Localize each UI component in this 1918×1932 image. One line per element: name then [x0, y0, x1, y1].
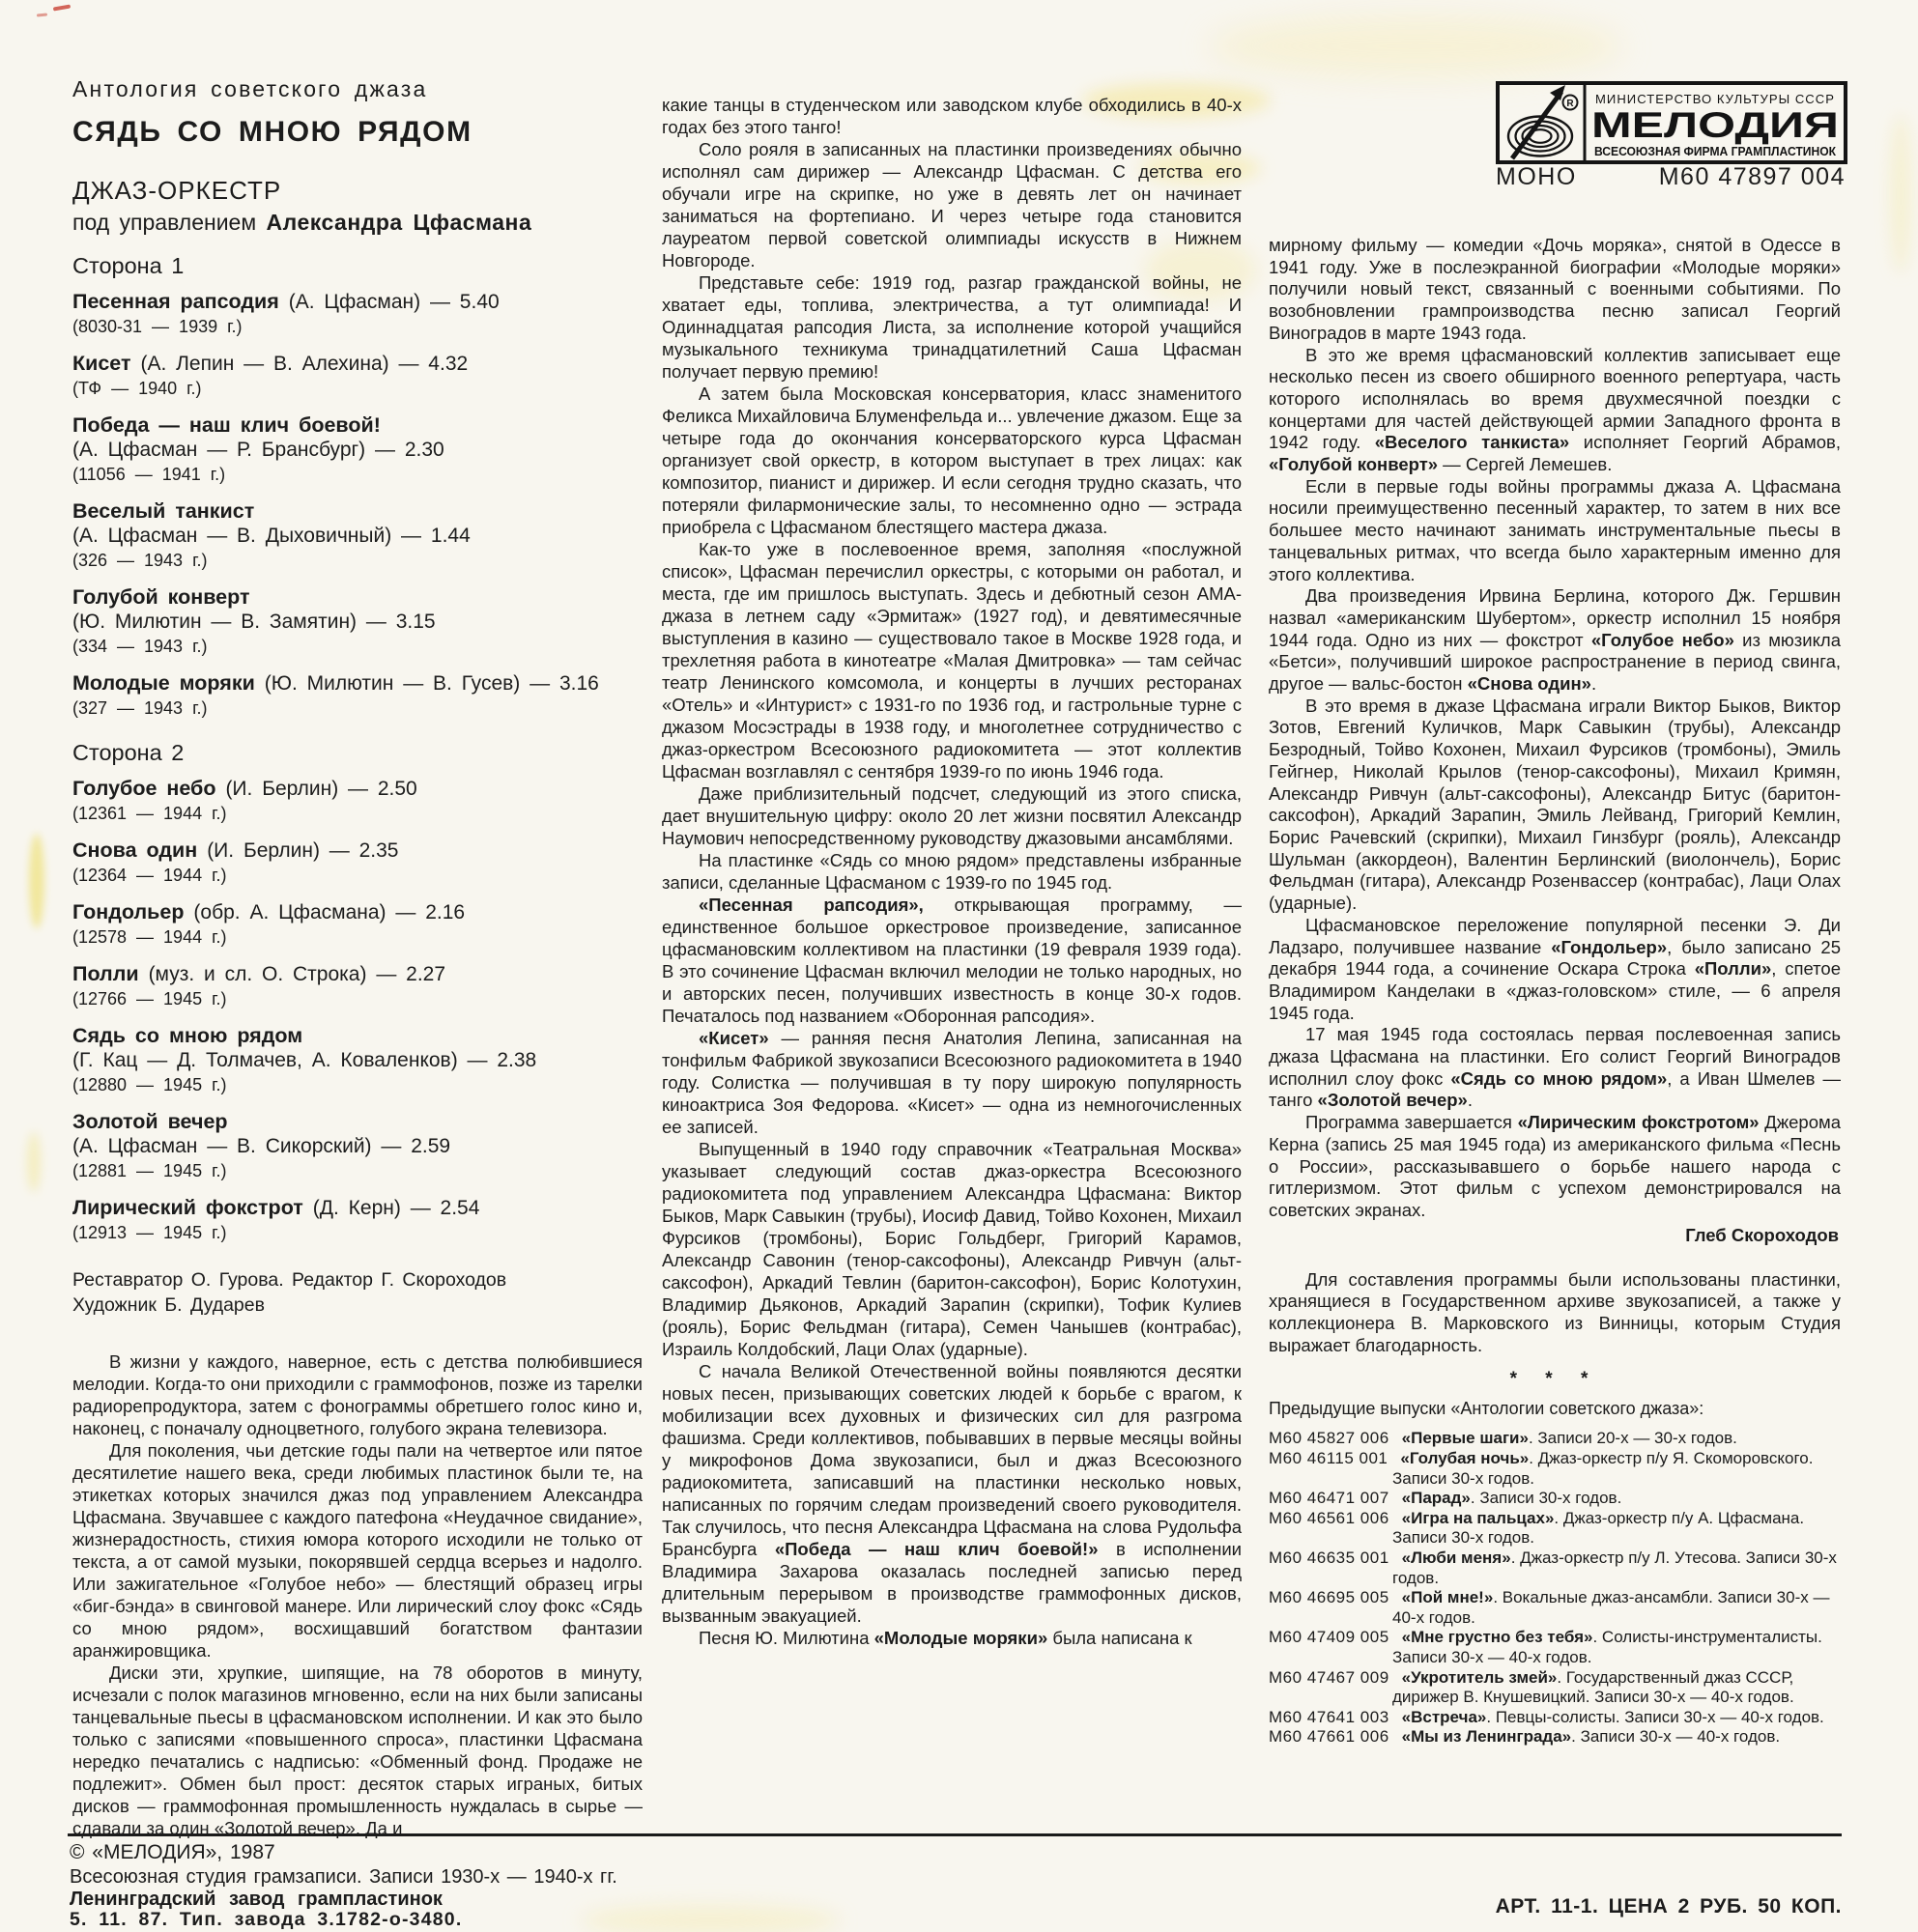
track-credits-duration: (А. Цфасман — В. Дыховичный) — 1.44	[72, 524, 643, 549]
footer-rule	[68, 1833, 1842, 1836]
discography-list: М60 45827 006«Первые шаги». Записи 20-х …	[1269, 1429, 1841, 1747]
imprint-block: © «МЕЛОДИЯ», 1987 Всесоюзная студия грам…	[70, 1840, 617, 1930]
discography-item: М60 47409 005«Мне грустно без тебя». Сол…	[1269, 1628, 1841, 1667]
registered-mark: R	[1566, 99, 1574, 109]
release-catalog-number: М60 45827 006	[1269, 1429, 1402, 1447]
track-credits-duration: (А. Лепин — В. Алехина) — 4.32	[140, 353, 468, 375]
scan-artifact-yellow	[27, 1132, 41, 1192]
track-item: Песенная рапсодия (А. Цфасман) — 5.40(80…	[72, 289, 643, 338]
track-matrix-year: (8030-31 — 1939 г.)	[72, 316, 643, 338]
track-item: Полли (муз. и сл. О. Строка) — 2.27(1276…	[72, 961, 643, 1010]
release-catalog-number: М60 46695 005	[1269, 1588, 1402, 1606]
track-matrix-year: (12766 — 1945 г.)	[72, 988, 643, 1010]
track-title: Сядь со мною рядом	[72, 1024, 302, 1047]
side2-tracklist: Голубое небо (И. Берлин) — 2.50(12361 — …	[72, 776, 643, 1244]
track-item: Снова один (И. Берлин) — 2.35(12364 — 19…	[72, 838, 643, 887]
acknowledgement: Для составления программы были использов…	[1269, 1269, 1841, 1357]
mono-label: МОНО	[1496, 163, 1577, 191]
paragraph: Если в первые годы войны программы джаза…	[1269, 476, 1841, 586]
paragraph: В жизни у каждого, наверное, есть с детс…	[72, 1350, 643, 1439]
right-column: мирному фильму — комедии «Дочь моряка», …	[1269, 235, 1841, 1747]
left-column: Антология советского джаза СЯДЬ СО МНОЮ …	[72, 77, 643, 1839]
track-title: Гондольер	[72, 900, 193, 923]
discography-item: М60 47661 006«Мы из Ленинграда». Записи …	[1269, 1727, 1841, 1747]
paragraph: На пластинке «Сядь со мною рядом» предст…	[662, 849, 1242, 894]
scan-artifact-yellow	[580, 1905, 841, 1932]
track-credits-duration: (И. Берлин) — 2.50	[225, 778, 416, 800]
paragraph: Для составления программы были использов…	[1269, 1269, 1841, 1357]
side2-label: Сторона 2	[72, 739, 643, 766]
copyright-line: © «МЕЛОДИЯ», 1987	[70, 1840, 617, 1865]
track-credits-duration: (Ю. Милютин — В. Замятин) — 3.15	[72, 610, 643, 635]
track-matrix-year: (12913 — 1945 г.)	[72, 1222, 643, 1244]
release-catalog-number: М60 47641 003	[1269, 1708, 1402, 1726]
conductor-line: под управлением Александра Цфасмана	[72, 209, 643, 236]
track-title: Снова один	[72, 838, 207, 862]
track-title: Молодые моряки	[72, 671, 265, 695]
track-matrix-year: (ТФ — 1940 г.)	[72, 378, 643, 400]
paragraph: Как-то уже в послевоенное время, заполня…	[662, 538, 1242, 782]
paragraph: Представьте себе: 1919 год, разгар гражд…	[662, 271, 1242, 383]
track-matrix-year: (326 — 1943 г.)	[72, 550, 643, 572]
track-item: Победа — наш клич боевой!(А. Цфасман — Р…	[72, 412, 643, 486]
management-prefix: под управлением	[72, 210, 267, 235]
track-matrix-year: (327 — 1943 г.)	[72, 697, 643, 720]
track-matrix-year: (11056 — 1941 г.)	[72, 464, 643, 486]
paragraph: Песня Ю. Милютина «Молодые моряки» была …	[662, 1627, 1242, 1649]
paragraph: «Песенная рапсодия», открывающая програм…	[662, 894, 1242, 1027]
paragraph: Диски эти, хрупкие, шипящие, на 78 оборо…	[72, 1662, 643, 1839]
paragraph: В это время в джазе Цфасмана играли Викт…	[1269, 696, 1841, 915]
brand-name: МЕЛОДИЯ	[1591, 105, 1839, 145]
paragraph: Программа завершается «Лирическим фокстр…	[1269, 1112, 1841, 1222]
right-liner-notes: мирному фильму — комедии «Дочь моряка», …	[1269, 235, 1841, 1222]
track-credits-duration: (муз. и сл. О. Строка) — 2.27	[149, 963, 445, 985]
discography-item: М60 46561 006«Игра на пальцах». Джаз-орк…	[1269, 1509, 1841, 1548]
side1-tracklist: Песенная рапсодия (А. Цфасман) — 5.40(80…	[72, 289, 643, 720]
paragraph: Для поколения, чьи детские годы пали на …	[72, 1439, 643, 1662]
paragraph: Цфасмановское переложение популярной пес…	[1269, 915, 1841, 1025]
paragraph: Соло рояля в записанных на пластинки про…	[662, 138, 1242, 271]
discography-heading: Предыдущие выпуски «Антологии советского…	[1269, 1397, 1841, 1420]
release-catalog-number: М60 47467 009	[1269, 1668, 1402, 1687]
discography-item: М60 46695 005«Пой мне!». Вокальные джаз-…	[1269, 1588, 1841, 1628]
artist-credit: Художник Б. Дударев	[72, 1293, 643, 1318]
paragraph: В это же время цфасмановский коллектив з…	[1269, 345, 1841, 476]
record-icon	[1508, 85, 1578, 158]
paragraph: какие танцы в студенческом или заводском…	[662, 94, 1242, 138]
track-title: Лирический фокстрот	[72, 1196, 313, 1219]
production-credits: Реставратор О. Гурова. Редактор Г. Скоро…	[72, 1267, 643, 1318]
scan-artifact-red	[53, 4, 71, 11]
melodiya-logo: R МИНИСТЕРСТВО КУЛЬТУРЫ СССР МЕЛОДИЯ ВСЕ…	[1496, 81, 1847, 164]
discography-item: М60 46115 001«Голубая ночь». Джаз-оркест…	[1269, 1449, 1841, 1489]
track-item: Золотой вечер(А. Цфасман — В. Сикорский)…	[72, 1109, 643, 1182]
track-item: Гондольер (обр. А. Цфасмана) — 2.16(1257…	[72, 899, 643, 949]
track-item: Голубой конверт(Ю. Милютин — В. Замятин)…	[72, 584, 643, 658]
melodiya-logo-graphic: R МИНИСТЕРСТВО КУЛЬТУРЫ СССР МЕЛОДИЯ ВСЕ…	[1496, 81, 1847, 164]
track-title: Песенная рапсодия	[72, 290, 289, 313]
release-catalog-number: М60 46561 006	[1269, 1509, 1402, 1527]
plant-line: Ленинградский завод грампластинок	[70, 1889, 617, 1910]
track-credits-duration: (Д. Керн) — 2.54	[313, 1197, 480, 1219]
paragraph: Выпущенный в 1940 году справочник «Театр…	[662, 1138, 1242, 1360]
track-matrix-year: (12880 — 1945 г.)	[72, 1074, 643, 1096]
scan-artifact-yellow	[1208, 15, 1623, 77]
series-title: Антология советского джаза	[72, 77, 643, 101]
track-credits-duration: (Ю. Милютин — В. Гусев) — 3.16	[265, 672, 599, 695]
album-title: СЯДЬ СО МНОЮ РЯДОМ	[72, 115, 643, 150]
discography-item: М60 46471 007«Парад». Записи 30-х годов.	[1269, 1489, 1841, 1509]
track-item: Веселый танкист(А. Цфасман — В. Дыховичн…	[72, 498, 643, 572]
release-catalog-number: М60 47661 006	[1269, 1727, 1402, 1746]
paragraph: «Кисет» — ранняя песня Анатолия Лепина, …	[662, 1027, 1242, 1138]
track-matrix-year: (334 — 1943 г.)	[72, 636, 643, 658]
discography-item: М60 47467 009«Укротитель змей». Государс…	[1269, 1668, 1841, 1708]
record-sleeve-back: { "page": { "background": "#f8f6ef", "te…	[0, 0, 1918, 1932]
track-item: Сядь со мною рядом(Г. Кац — Д. Толмачев,…	[72, 1023, 643, 1096]
track-title: Голубое небо	[72, 777, 225, 800]
scan-artifact-yellow	[1890, 114, 1911, 273]
track-credits-duration: (Г. Кац — Д. Толмачев, А. Коваленков) — …	[72, 1048, 643, 1073]
side1-label: Сторона 1	[72, 252, 643, 279]
paragraph: 17 мая 1945 года состоялась первая после…	[1269, 1024, 1841, 1112]
scan-artifact-red	[37, 13, 47, 16]
track-title: Полли	[72, 962, 149, 985]
track-matrix-year: (12578 — 1944 г.)	[72, 926, 643, 949]
scan-artifact-yellow	[29, 834, 44, 928]
track-title: Голубой конверт	[72, 585, 250, 609]
track-credits-duration: (А. Цфасман — Р. Брансбург) — 2.30	[72, 438, 643, 463]
print-info-line: 5. 11. 87. Тип. завода 3.1782-о-3480.	[70, 1910, 617, 1930]
track-item: Голубое небо (И. Берлин) — 2.50(12361 — …	[72, 776, 643, 825]
author-signature: Глеб Скороходов	[1269, 1225, 1839, 1246]
discography-item: М60 45827 006«Первые шаги». Записи 20-х …	[1269, 1429, 1841, 1449]
release-catalog-number: М60 46635 001	[1269, 1548, 1402, 1567]
track-matrix-year: (12364 — 1944 г.)	[72, 865, 643, 887]
conductor-name: Александра Цфасмана	[267, 210, 532, 235]
track-title: Золотой вечер	[72, 1110, 228, 1133]
paragraph: Даже приблизительный подсчет, следующий …	[662, 782, 1242, 849]
release-catalog-number: М60 46471 007	[1269, 1489, 1402, 1507]
track-credits-duration: (И. Берлин) — 2.35	[207, 839, 398, 862]
paragraph: Два произведения Ирвина Берлина, которог…	[1269, 585, 1841, 696]
paragraph: С начала Великой Отечественной войны поя…	[662, 1360, 1242, 1627]
catalog-number: М60 47897 004	[1659, 163, 1846, 191]
track-matrix-year: (12881 — 1945 г.)	[72, 1160, 643, 1182]
studio-line: Всесоюзная студия грамзаписи. Записи 193…	[70, 1865, 617, 1889]
discography-item: М60 47641 003«Встреча». Певцы-солисты. З…	[1269, 1708, 1841, 1728]
discography-item: М60 46635 001«Люби меня». Джаз-оркестр п…	[1269, 1548, 1841, 1588]
track-matrix-year: (12361 — 1944 г.)	[72, 803, 643, 825]
restorer-editor-credit: Реставратор О. Гурова. Редактор Г. Скоро…	[72, 1267, 643, 1293]
track-item: Лирический фокстрот (Д. Керн) — 2.54(129…	[72, 1195, 643, 1244]
orchestra-name: ДЖАЗ-ОРКЕСТР	[72, 176, 643, 205]
release-catalog-number: М60 46115 001	[1269, 1449, 1400, 1467]
article-price-line: АРТ. 11-1. ЦЕНА 2 РУБ. 50 КОП.	[1256, 1895, 1842, 1918]
format-catalog-row: МОНО М60 47897 004	[1496, 163, 1846, 191]
track-title: Кисет	[72, 352, 140, 375]
track-item: Кисет (А. Лепин — В. Алехина) — 4.32(ТФ …	[72, 351, 643, 400]
track-title: Победа — наш клич боевой!	[72, 413, 381, 437]
track-credits-duration: (А. Цфасман) — 5.40	[289, 291, 500, 313]
track-title: Веселый танкист	[72, 499, 254, 523]
track-item: Молодые моряки (Ю. Милютин — В. Гусев) —…	[72, 670, 643, 720]
paragraph: А затем была Московская консерватория, к…	[662, 383, 1242, 538]
section-separator: * * *	[1269, 1369, 1841, 1390]
firm-label: ВСЕСОЮЗНАЯ ФИРМА ГРАМПЛАСТИНОК	[1594, 145, 1836, 158]
track-credits-duration: (обр. А. Цфасмана) — 2.16	[193, 901, 465, 923]
middle-column: какие танцы в студенческом или заводском…	[662, 94, 1242, 1649]
paragraph: мирному фильму — комедии «Дочь моряка», …	[1269, 235, 1841, 345]
release-catalog-number: М60 47409 005	[1269, 1628, 1402, 1646]
ministry-label: МИНИСТЕРСТВО КУЛЬТУРЫ СССР	[1595, 93, 1835, 106]
track-credits-duration: (А. Цфасман — В. Сикорский) — 2.59	[72, 1134, 643, 1159]
left-liner-notes: В жизни у каждого, наверное, есть с детс…	[72, 1350, 643, 1839]
